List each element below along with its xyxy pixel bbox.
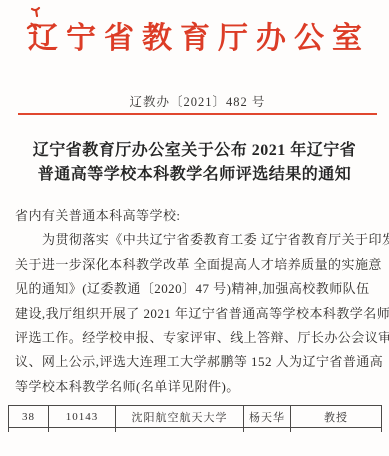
- body-line: 议、网上公示,评选大连理工大学郝鹏等 152 人为辽宁省普通高: [15, 350, 379, 374]
- body-line: 评选工作。经学校申报、专家评审、线上答辩、厅长办公会议审: [15, 326, 379, 350]
- document-title-line-2: 普通高等学校本科教学名师评选结果的通知: [0, 163, 389, 187]
- body-line: 为贯彻落实《中共辽宁省委教育工委 辽宁省教育厅关于印发: [15, 228, 379, 252]
- cell-professional-title: 教授: [291, 406, 381, 427]
- table-row-clipped: [9, 428, 381, 432]
- award-roster-table: 38 10143 沈阳航空航天大学 杨天华 教授: [8, 405, 382, 432]
- agency-letterhead: 辽宁省教育厅办公室: [0, 13, 389, 57]
- cell-teacher-name: 杨天华: [244, 406, 291, 427]
- table-row: 38 10143 沈阳航空航天大学 杨天华 教授: [9, 406, 381, 428]
- document-number: 辽教办〔2021〕482 号: [0, 92, 389, 110]
- body-line: 关于进一步深化本科教学改革 全面提高人才培养质量的实施意: [15, 253, 379, 277]
- cell-serial-number: 38: [9, 406, 49, 427]
- document-title: 辽宁省教育厅办公室关于公布 2021 年辽宁省 普通高等学校本科教学名师评选结果…: [0, 139, 389, 187]
- salutation-line: 省内有关普通本科高等学校:: [15, 204, 379, 228]
- body-line: 建设,我厅组织开展了 2021 年辽宁省普通高等学校本科教学名师: [15, 302, 379, 326]
- body-line: 等学校本科教学名师(名单详见附件)。: [15, 375, 379, 399]
- document-title-line-1: 辽宁省教育厅办公室关于公布 2021 年辽宁省: [0, 139, 389, 163]
- document-body: 省内有关普通本科高等学校: 为贯彻落实《中共辽宁省委教育工委 辽宁省教育厅关于印…: [15, 204, 379, 399]
- red-divider: [18, 113, 377, 115]
- scanned-document-page: 辽宁省教育厅办公室 辽教办〔2021〕482 号 辽宁省教育厅办公室关于公布 2…: [0, 0, 389, 456]
- cell-school-code: 10143: [49, 406, 116, 427]
- body-line: 见的通知》(辽委教通〔2020〕47 号)精神,加强高校教师队伍: [15, 277, 379, 301]
- cell-school-name: 沈阳航空航天大学: [116, 406, 244, 427]
